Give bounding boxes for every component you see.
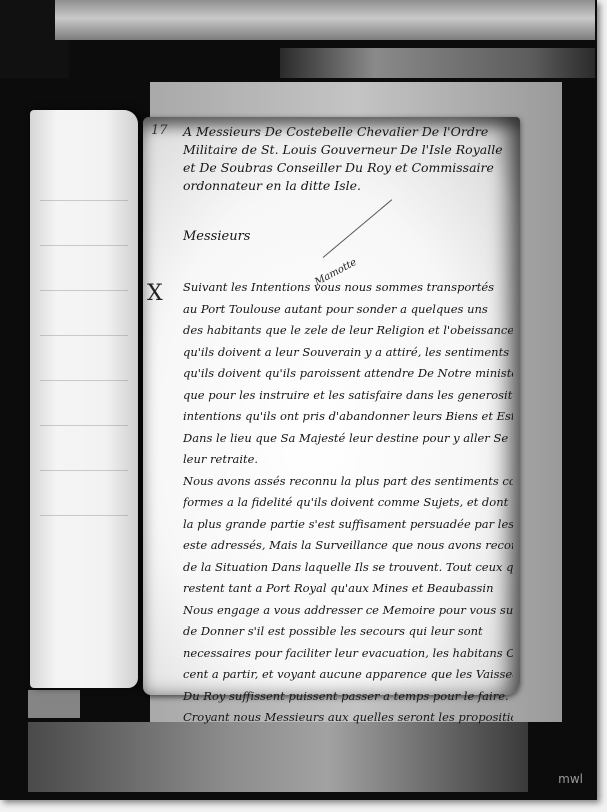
wooden-board-upper (280, 48, 595, 78)
wooden-board-bottom (28, 722, 528, 792)
body-line: de la Situation Dans laquelle Ils se tro… (183, 557, 513, 579)
scan-frame: 17 A Messieurs De Costebelle Chevalier D… (0, 0, 597, 800)
manuscript-page: 17 A Messieurs De Costebelle Chevalier D… (143, 117, 520, 695)
body-line: Nous avons assés reconnu la plus part de… (183, 471, 513, 493)
letter-body: Suivant les Intentions vous nous sommes … (183, 277, 513, 729)
body-line: la plus grande partie s'est suffisament … (183, 514, 513, 536)
body-line: Dans le lieu que Sa Majesté leur destine… (183, 428, 513, 450)
body-line: Croyant nous Messieurs aux quelles seron… (183, 707, 513, 729)
body-line: cent a partir, et voyant aucune apparenc… (183, 664, 513, 686)
letter-address: A Messieurs De Costebelle Chevalier De l… (183, 123, 508, 195)
body-line: que pour les instruire et les satisfaire… (183, 385, 513, 407)
body-line: Du Roy suffissent puissent passer a temp… (183, 686, 513, 708)
annotation-stroke (323, 199, 393, 258)
address-line: Militaire de St. Louis Gouverneur De l'I… (183, 141, 508, 159)
body-line: Nous engage a vous addresser ce Memoire … (183, 600, 513, 622)
watermark: mwl (558, 772, 583, 786)
body-line: restent tant a Port Royal qu'aux Mines e… (183, 578, 513, 600)
body-line: des habitants que le zele de leur Religi… (183, 320, 513, 342)
left-support-block (28, 690, 80, 718)
body-line: intentions qu'ils ont pris d'abandonner … (183, 406, 513, 428)
verso-page (30, 110, 138, 688)
folio-number: 17 (151, 123, 168, 138)
address-line: ordonnateur en la ditte Isle. (183, 177, 508, 195)
address-line: et De Soubras Conseiller Du Roy et Commi… (183, 159, 508, 177)
body-line: de Donner s'il est possible les secours … (183, 621, 513, 643)
body-line: leur retraite. (183, 449, 513, 471)
body-line: Suivant les Intentions vous nous sommes … (183, 277, 513, 299)
wooden-board-top (55, 0, 595, 40)
body-line: este adressés, Mais la Surveillance que … (183, 535, 513, 557)
body-line: au Port Toulouse autant pour sonder a qu… (183, 299, 513, 321)
body-line: qu'ils doivent qu'ils paroissent attendr… (183, 363, 513, 385)
body-line: qu'ils doivent a leur Souverain y a atti… (183, 342, 513, 364)
body-line: necessaires pour faciliter leur evacuati… (183, 643, 513, 665)
address-line: A Messieurs De Costebelle Chevalier De l… (183, 123, 508, 141)
salutation: Messieurs (183, 229, 250, 244)
margin-cross-mark: X (147, 281, 163, 306)
body-line: formes a la fidelité qu'ils doivent comm… (183, 492, 513, 514)
